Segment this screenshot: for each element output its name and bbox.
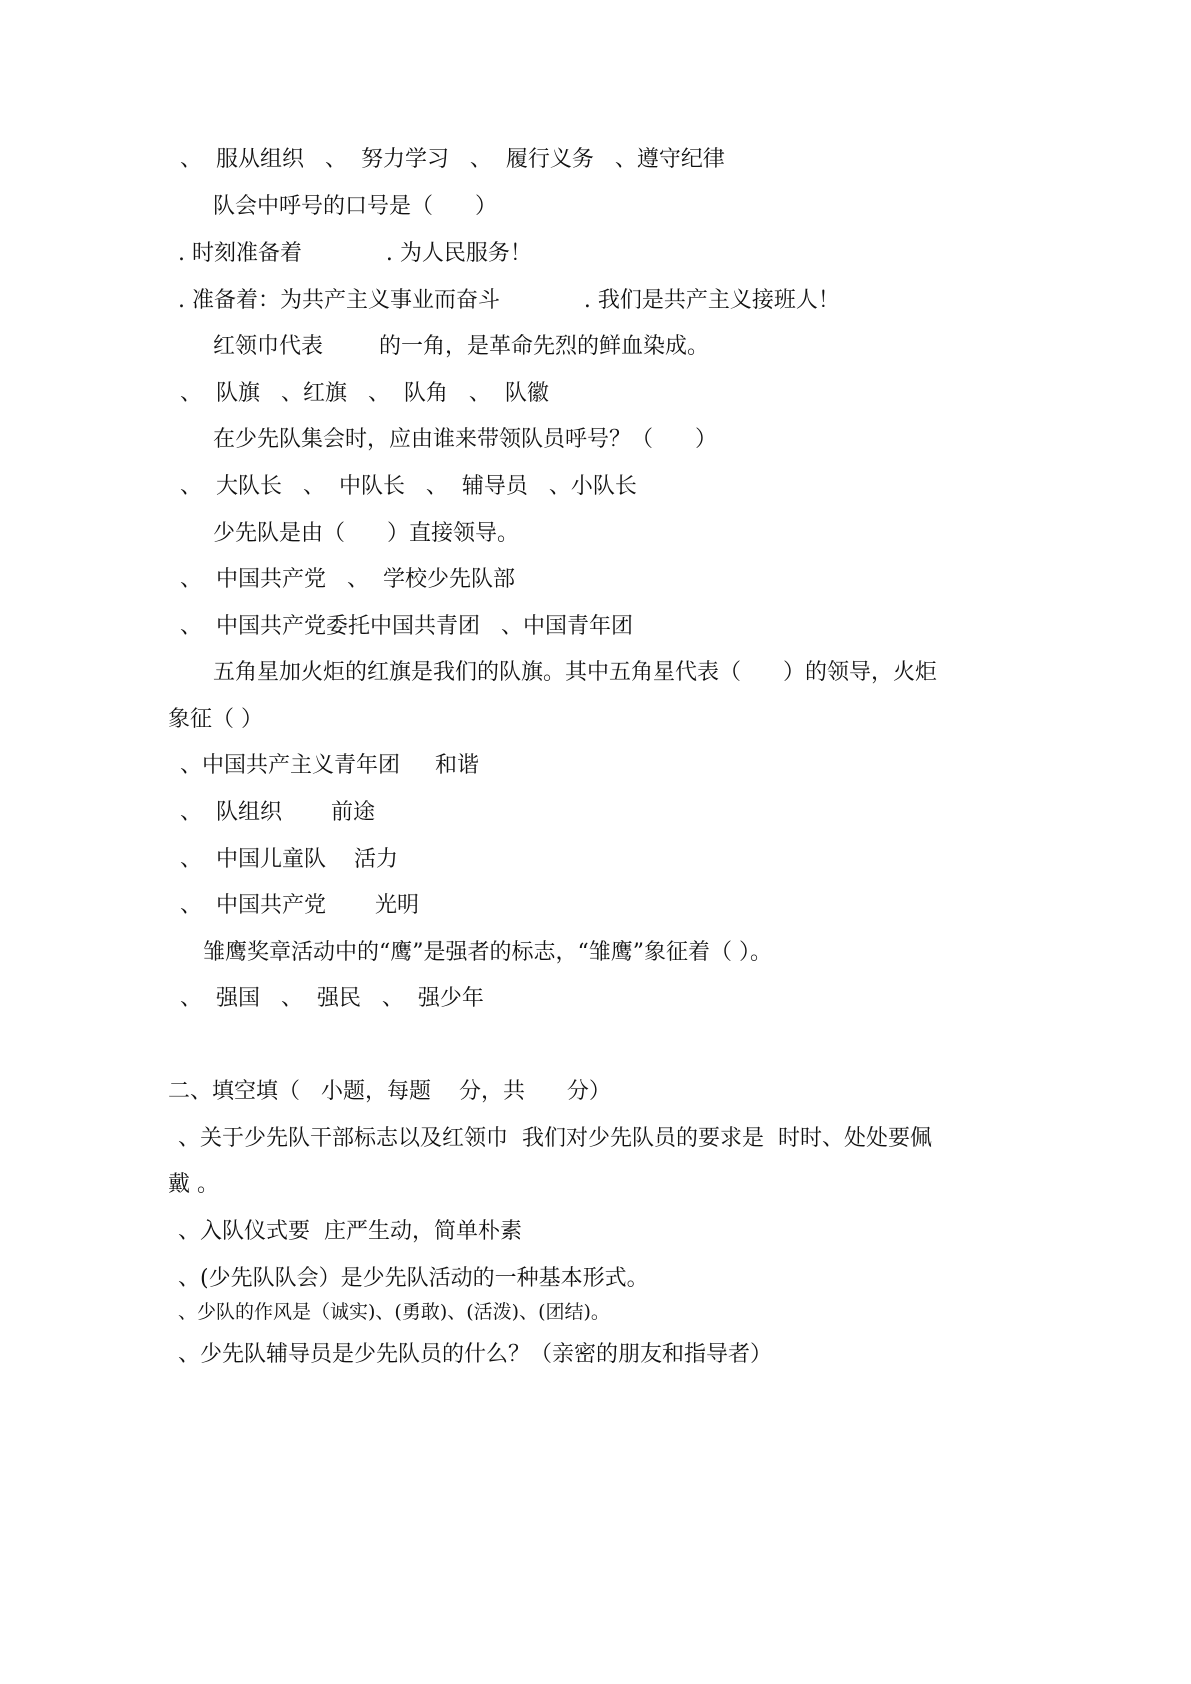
question-line: 队会中呼号的口号是（ ） xyxy=(213,193,497,221)
option-line: 、中国共产主义青年团 和谐 xyxy=(180,752,479,780)
question-line: 五角星加火炬的红旗是我们的队旗。其中五角星代表（ ）的领导，火炬 xyxy=(213,659,937,687)
answer-line: 、入队仪式要 庄严生动，简单朴素 xyxy=(178,1218,522,1246)
answer-line: 、(少先队队会）是少先队活动的一种基本形式。 xyxy=(178,1265,649,1293)
question-line: 少先队是由（ ）直接领导。 xyxy=(213,520,519,548)
option-line: 、 中国共产党 光明 xyxy=(180,892,419,920)
option-line: 、 强国 、 强民 、 强少年 xyxy=(180,985,484,1013)
option-line: 、 中国儿童队 活力 xyxy=(180,846,398,874)
question-line-continued: 象征（ ） xyxy=(168,706,263,734)
option-line: 、 中国共产党 、 学校少先队部 xyxy=(180,566,515,594)
answer-line: 、少先队辅导员是少先队员的什么？（亲密的朋友和指导者） xyxy=(178,1341,772,1369)
question-line: 在少先队集会时，应由谁来带领队员呼号？（ ） xyxy=(213,426,717,454)
section-title: 二、填空填（ 小题，每题 分，共 分） xyxy=(168,1078,611,1106)
option-line: . 准备着：为共产主义事业而奋斗 . 我们是共产主义接班人！ xyxy=(178,287,840,315)
option-line: 、 大队长 、 中队长 、 辅导员 、小队长 xyxy=(180,473,637,501)
option-line: 、 中国共产党委托中国共青团 、中国青年团 xyxy=(180,613,633,641)
option-line: . 时刻准备着 . 为人民服务！ xyxy=(178,240,532,268)
question-line: 红领巾代表 的一角，是革命先烈的鲜血染成。 xyxy=(213,333,709,361)
option-line: 、 队旗 、红旗 、 队角 、 队徽 xyxy=(180,380,549,408)
answer-line: 、少队的作风是（诚实)、(勇敢)、(活泼)、(团结)。 xyxy=(178,1300,610,1324)
option-line: 、 队组织 前途 xyxy=(180,799,375,827)
answer-line-continued: 戴 。 xyxy=(168,1171,219,1199)
answer-line: 、关于少先队干部标志以及红领巾 我们对少先队员的要求是 时时、处处要佩 xyxy=(178,1125,932,1153)
document-page: 、 服从组织 、 努力学习 、 履行义务 、遵守纪律 队会中呼号的口号是（ ） … xyxy=(0,0,1191,1684)
question-line: 雏鹰奖章活动中的“鹰”是强者的标志，“雏鹰”象征着（ ）。 xyxy=(203,939,772,967)
option-line: 、 服从组织 、 努力学习 、 履行义务 、遵守纪律 xyxy=(180,146,725,174)
